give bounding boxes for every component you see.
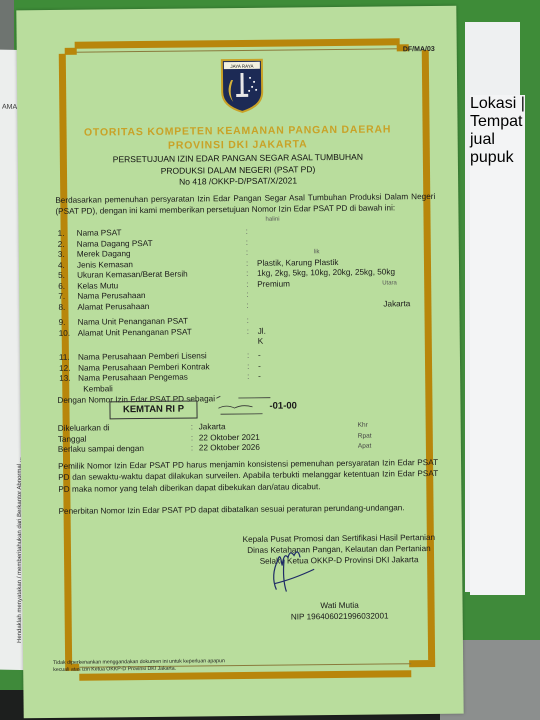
right-paper-vertical-text: Lokasi | Tempat jual pupuk bbox=[470, 95, 525, 167]
compliance-paragraph: Pemilik Nomor Izin Edar PSAT PD harus me… bbox=[58, 457, 438, 495]
license-number-box: KEMTAN RI P bbox=[109, 400, 197, 419]
certificate-document: DF/MA/03 JAYA RAYA OTORITAS KOMPETEN KEA… bbox=[16, 6, 463, 719]
svg-text:JAYA RAYA: JAYA RAYA bbox=[230, 64, 253, 69]
frame-thin-line bbox=[75, 48, 400, 52]
intro-paragraph: Berdasarkan pemenuhan persyaratan Izin E… bbox=[55, 192, 435, 217]
product-details-list: 1. Nama PSAT : 2. Nama Dagang PSAT : 3. … bbox=[56, 225, 446, 229]
redaction-scribble bbox=[212, 394, 272, 419]
frame-border bbox=[75, 38, 400, 48]
background-paper-right-stack: Lokasi | Tempat jual pupuk bbox=[470, 95, 525, 595]
signature-icon bbox=[262, 545, 323, 596]
signatory-nip: NIP 196406021996032001 bbox=[220, 610, 460, 624]
license-number-suffix: -01-00 bbox=[269, 401, 297, 412]
document-footer-note: Tidak diperkenankan menggandakan dokumen… bbox=[53, 658, 225, 674]
left-paper-heading: AMA bbox=[2, 104, 17, 111]
dki-jakarta-emblem-icon: JAYA RAYA bbox=[219, 58, 266, 114]
frame-corner bbox=[65, 48, 77, 55]
document-code: DF/MA/03 bbox=[403, 46, 435, 53]
signatory-block: Kepala Pusat Promosi dan Sertifikasi Has… bbox=[219, 532, 460, 624]
handwritten-note: halini bbox=[265, 215, 279, 226]
cancellation-paragraph: Penerbitan Nomor Izin Edar PSAT PD dapat… bbox=[58, 502, 438, 517]
frame-corner bbox=[409, 660, 435, 667]
document-body: Berdasarkan pemenuhan persyaratan Izin E… bbox=[55, 192, 435, 217]
